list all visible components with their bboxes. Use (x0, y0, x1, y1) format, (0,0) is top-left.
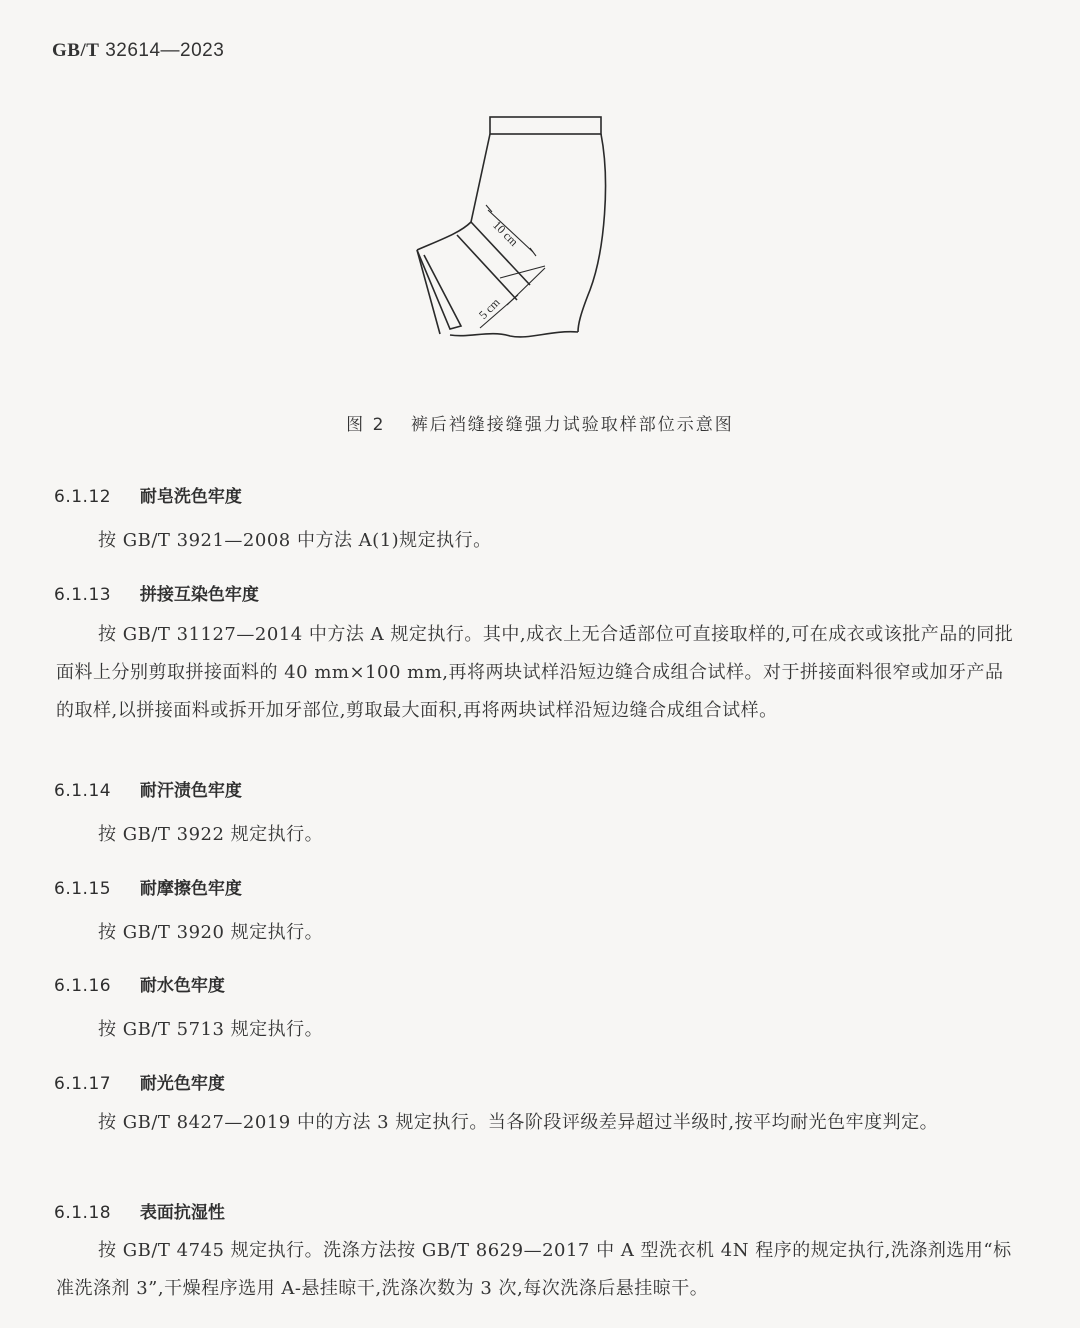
standard-number: 32614—2023 (105, 40, 224, 61)
section-text: 按 GB/T 5713 规定执行。 (98, 1019, 323, 1040)
section-title: 耐光色牢度 (140, 1074, 225, 1094)
section-number: 6.1.18 (54, 1203, 134, 1223)
section-text: 按 GB/T 3920 规定执行。 (98, 922, 323, 943)
section-body: 按 GB/T 4745 规定执行。洗涤方法按 GB/T 8629—2017 中 … (56, 1232, 1016, 1308)
figure-caption: 图 2 裤后裆缝接缝强力试验取样部位示意图 (0, 410, 1080, 435)
section-body: 按 GB/T 3921—2008 中方法 A(1)规定执行。 (56, 522, 1016, 560)
section-body: 按 GB/T 3920 规定执行。 (56, 914, 1016, 952)
standard-prefix: GB/T (52, 40, 99, 61)
section-heading: 6.1.15 耐摩擦色牢度 (54, 874, 242, 899)
section-body: 按 GB/T 8427—2019 中的方法 3 规定执行。当各阶段评级差异超过半… (56, 1104, 1016, 1142)
section-title: 耐水色牢度 (140, 976, 225, 996)
section-text: 按 GB/T 3922 规定执行。 (98, 824, 323, 845)
section-text: 按 GB/T 4745 规定执行。洗涤方法按 GB/T 8629—2017 中 … (56, 1240, 1012, 1299)
section-heading: 6.1.14 耐汗渍色牢度 (54, 776, 242, 801)
section-number: 6.1.16 (54, 976, 134, 996)
section-heading: 6.1.16 耐水色牢度 (54, 971, 225, 996)
standard-code: GB/T 32614—2023 (52, 40, 224, 62)
trousers-crotch-seam-diagram: 10 cm 5 cm (400, 90, 640, 360)
section-body: 按 GB/T 3922 规定执行。 (56, 816, 1016, 854)
section-title: 耐汗渍色牢度 (140, 781, 242, 801)
section-title: 耐皂洗色牢度 (140, 487, 242, 507)
section-body: 按 GB/T 5713 规定执行。 (56, 1011, 1016, 1049)
section-title: 拼接互染色牢度 (140, 585, 259, 605)
section-heading: 6.1.12 耐皂洗色牢度 (54, 482, 242, 507)
figure-title: 裤后裆缝接缝强力试验取样部位示意图 (411, 415, 734, 435)
section-heading: 6.1.17 耐光色牢度 (54, 1069, 225, 1094)
section-number: 6.1.17 (54, 1074, 134, 1094)
figure-number: 图 2 (346, 415, 385, 435)
section-heading: 6.1.13 拼接互染色牢度 (54, 580, 259, 605)
section-number: 6.1.15 (54, 879, 134, 899)
section-title: 耐摩擦色牢度 (140, 879, 242, 899)
section-body: 按 GB/T 31127—2014 中方法 A 规定执行。其中,成衣上无合适部位… (56, 616, 1016, 730)
section-text: 按 GB/T 31127—2014 中方法 A 规定执行。其中,成衣上无合适部位… (56, 624, 1013, 721)
section-heading: 6.1.18 表面抗湿性 (54, 1198, 225, 1223)
section-text: 按 GB/T 8427—2019 中的方法 3 规定执行。当各阶段评级差异超过半… (98, 1112, 938, 1133)
section-number: 6.1.12 (54, 487, 134, 507)
section-number: 6.1.14 (54, 781, 134, 801)
section-text: 按 GB/T 3921—2008 中方法 A(1)规定执行。 (98, 530, 492, 551)
section-title: 表面抗湿性 (140, 1203, 225, 1223)
section-number: 6.1.13 (54, 585, 134, 605)
